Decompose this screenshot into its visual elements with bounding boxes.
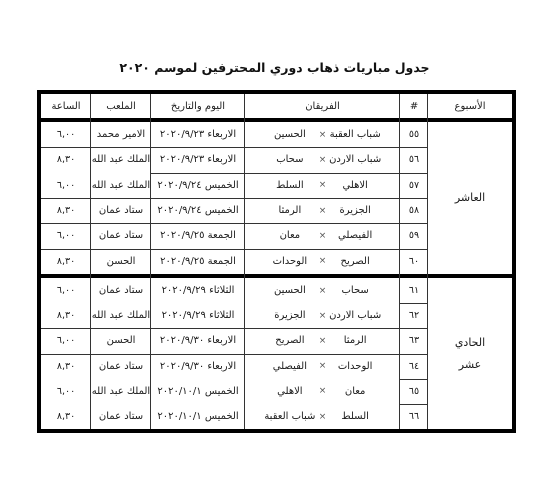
home-team: شباب الاردن bbox=[326, 154, 384, 165]
match-stadium: ستاد عمان bbox=[91, 198, 151, 223]
match-number: ٦٤ bbox=[400, 354, 428, 379]
away-team: الرمثا bbox=[261, 205, 319, 216]
match-stadium: الملك عبد الله bbox=[91, 379, 151, 404]
match-teams: الاهلي×السلط bbox=[245, 173, 400, 198]
versus-icon: × bbox=[319, 231, 327, 241]
versus-icon: × bbox=[319, 256, 327, 266]
away-team: الحسين bbox=[261, 129, 319, 140]
match-date: الثلاثاء ٢٠٢٠/٩/٢٩ bbox=[151, 278, 245, 303]
versus-icon: × bbox=[319, 336, 327, 346]
match-number: ٥٩ bbox=[400, 223, 428, 248]
match-stadium: ستاد عمان bbox=[91, 278, 151, 303]
column-divider bbox=[427, 94, 428, 429]
match-time: ٦,٠٠ bbox=[41, 328, 91, 353]
match-number: ٥٧ bbox=[400, 173, 428, 198]
match-teams: الصريح×الوحدات bbox=[245, 249, 400, 274]
match-date: الخميس ٢٠٢٠/١٠/١ bbox=[151, 404, 245, 429]
match-teams: شباب العقبة×الحسين bbox=[245, 122, 400, 147]
match-number: ٦١ bbox=[400, 278, 428, 303]
versus-icon: × bbox=[319, 361, 327, 371]
home-team: الوحدات bbox=[326, 361, 384, 372]
match-stadium: الحسن bbox=[91, 249, 151, 274]
match-date: الاربعاء ٢٠٢٠/٩/٢٣ bbox=[151, 122, 245, 147]
versus-icon: × bbox=[319, 386, 327, 396]
home-team: السلط bbox=[326, 411, 384, 422]
column-divider bbox=[90, 94, 91, 429]
match-stadium: ستاد عمان bbox=[91, 354, 151, 379]
versus-icon: × bbox=[319, 311, 327, 321]
match-stadium: الملك عبد الله bbox=[91, 147, 151, 172]
header-time: الساعة bbox=[41, 94, 91, 118]
match-time: ٦,٠٠ bbox=[41, 223, 91, 248]
versus-icon: × bbox=[319, 286, 327, 296]
match-date: الخميس ٢٠٢٠/٩/٢٤ bbox=[151, 173, 245, 198]
home-team: الصريح bbox=[326, 256, 384, 267]
match-time: ٦,٠٠ bbox=[41, 122, 91, 147]
header-number: # bbox=[400, 94, 428, 118]
away-team: الوحدات bbox=[261, 256, 319, 267]
week-label-11: الحادي عشر bbox=[428, 278, 512, 429]
match-time: ٨,٣٠ bbox=[41, 303, 91, 328]
match-teams: السلط×شباب العقبة bbox=[245, 404, 400, 429]
versus-icon: × bbox=[319, 155, 327, 165]
away-team: شباب العقبة bbox=[261, 411, 319, 422]
home-team: شباب الاردن bbox=[326, 310, 384, 321]
match-teams: الوحدات×الفيصلي bbox=[245, 354, 400, 379]
home-team: الاهلي bbox=[326, 180, 384, 191]
match-date: الجمعة ٢٠٢٠/٩/٢٥ bbox=[151, 249, 245, 274]
match-stadium: ستاد عمان bbox=[91, 223, 151, 248]
match-number: ٦٣ bbox=[400, 328, 428, 353]
match-time: ٨,٣٠ bbox=[41, 249, 91, 274]
match-number: ٦٢ bbox=[400, 303, 428, 328]
match-date: الجمعة ٢٠٢٠/٩/٢٥ bbox=[151, 223, 245, 248]
match-stadium: الامير محمد bbox=[91, 122, 151, 147]
away-team: السلط bbox=[261, 180, 319, 191]
versus-icon: × bbox=[319, 206, 327, 216]
versus-icon: × bbox=[319, 130, 327, 140]
match-teams: سحاب×الحسين bbox=[245, 278, 400, 303]
header-stadium: الملعب bbox=[91, 94, 151, 118]
header-teams: الفريقان bbox=[245, 94, 400, 118]
versus-icon: × bbox=[319, 180, 327, 190]
match-teams: الفيصلي×معان bbox=[245, 223, 400, 248]
home-team: الرمثا bbox=[326, 335, 384, 346]
table-header-row: الأسبوع # الفريقان اليوم والتاريخ الملعب… bbox=[41, 94, 512, 122]
match-stadium: ستاد عمان bbox=[91, 404, 151, 429]
match-time: ٦,٠٠ bbox=[41, 278, 91, 303]
match-time: ٨,٣٠ bbox=[41, 198, 91, 223]
match-stadium: الملك عبد الله bbox=[91, 173, 151, 198]
match-time: ٨,٣٠ bbox=[41, 147, 91, 172]
home-team: الفيصلي bbox=[326, 230, 384, 241]
match-number: ٦٥ bbox=[400, 379, 428, 404]
match-date: الخميس ٢٠٢٠/٩/٢٤ bbox=[151, 198, 245, 223]
match-time: ٨,٣٠ bbox=[41, 404, 91, 429]
page-title: جدول مباريات ذهاب دوري المحترفين لموسم ٢… bbox=[0, 60, 549, 75]
away-team: الفيصلي bbox=[261, 361, 319, 372]
versus-icon: × bbox=[319, 412, 327, 422]
match-teams: معان×الاهلي bbox=[245, 379, 400, 404]
match-time: ٦,٠٠ bbox=[41, 173, 91, 198]
match-date: الثلاثاء ٢٠٢٠/٩/٢٩ bbox=[151, 303, 245, 328]
away-team: الحسين bbox=[261, 285, 319, 296]
match-teams: الجزيرة×الرمثا bbox=[245, 198, 400, 223]
match-number: ٥٥ bbox=[400, 122, 428, 147]
match-number: ٥٨ bbox=[400, 198, 428, 223]
away-team: سحاب bbox=[261, 154, 319, 165]
away-team: الجزيرة bbox=[261, 310, 319, 321]
week-label-10: العاشر bbox=[428, 122, 512, 274]
header-date: اليوم والتاريخ bbox=[151, 94, 245, 118]
match-time: ٨,٣٠ bbox=[41, 354, 91, 379]
match-date: الاربعاء ٢٠٢٠/٩/٢٣ bbox=[151, 147, 245, 172]
match-number: ٦٦ bbox=[400, 404, 428, 429]
home-team: معان bbox=[326, 386, 384, 397]
match-date: الاربعاء ٢٠٢٠/٩/٣٠ bbox=[151, 354, 245, 379]
match-teams: الرمثا×الصريح bbox=[245, 328, 400, 353]
match-date: الخميس ٢٠٢٠/١٠/١ bbox=[151, 379, 245, 404]
column-divider bbox=[150, 94, 151, 429]
match-stadium: الملك عبد الله bbox=[91, 303, 151, 328]
away-team: الصريح bbox=[261, 335, 319, 346]
match-number: ٥٦ bbox=[400, 147, 428, 172]
home-team: الجزيرة bbox=[326, 205, 384, 216]
match-teams: شباب الاردن×سحاب bbox=[245, 147, 400, 172]
home-team: شباب العقبة bbox=[326, 129, 384, 140]
away-team: الاهلي bbox=[261, 386, 319, 397]
column-divider bbox=[244, 94, 245, 429]
away-team: معان bbox=[261, 230, 319, 241]
match-date: الاربعاء ٢٠٢٠/٩/٣٠ bbox=[151, 328, 245, 353]
home-team: سحاب bbox=[326, 285, 384, 296]
match-time: ٦,٠٠ bbox=[41, 379, 91, 404]
match-teams: شباب الاردن×الجزيرة bbox=[245, 303, 400, 328]
column-divider bbox=[399, 94, 400, 429]
match-stadium: الحسن bbox=[91, 328, 151, 353]
schedule-table: الأسبوع # الفريقان اليوم والتاريخ الملعب… bbox=[37, 90, 516, 433]
match-number: ٦٠ bbox=[400, 249, 428, 274]
header-week: الأسبوع bbox=[428, 94, 512, 118]
